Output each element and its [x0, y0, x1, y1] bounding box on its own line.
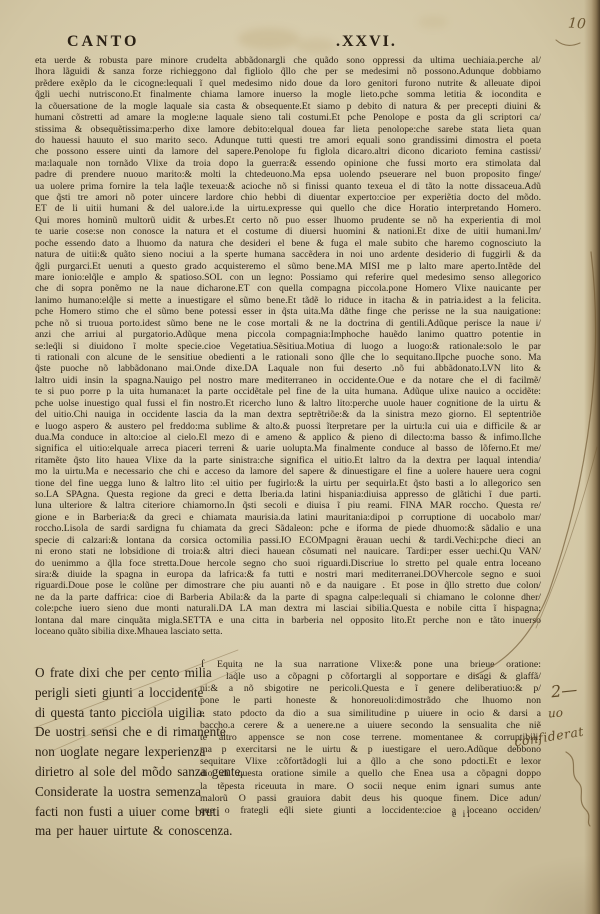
text-line: ritamẽte q̃sto lito hauea Vlixe da la pa… [35, 455, 541, 466]
text-line: sequitare Vlixe :cõfortãdogli lui a q̃ll… [200, 756, 541, 768]
text-line: Considerate la uostra semenza [35, 782, 210, 802]
text-line: malorũ O passi grauiora dabit deus his q… [200, 793, 541, 805]
text-line: ni:& a nõ sbigotire ne pericoli.Questa e… [200, 683, 541, 695]
text-line: ma p exercitarsi ne le uirtu & p iuestig… [200, 744, 541, 756]
running-header-number: .XXVI. [336, 33, 397, 51]
page-edge-shadow [584, 0, 600, 914]
text-line: la cõuersatione de la mogle laquale sia … [35, 101, 541, 112]
text-line: do uenimmo a q̃lla foce stretta.Doue her… [35, 558, 541, 569]
text-line: dirietro al sole del mõdo sanza gente. [35, 762, 210, 782]
text-line: laltro uidi insin la spagna.Nauigo pel n… [35, 375, 541, 386]
text-line: eta uerde & robusta pare minore crudelta… [35, 55, 541, 66]
verse-column: O frate dixi che per cento miliaperigli … [35, 663, 210, 841]
text-line: del uitio.Chi nauiga in occidente lascia… [35, 409, 541, 420]
text-line: mare ionio:elq̃le e amplo & spatioso.SOL… [35, 272, 541, 283]
text-line: que o frategli eq̃li siete giunti a locc… [200, 805, 541, 817]
text-line: lhora lãguidi & sanza forze richieggono … [35, 66, 541, 77]
text-line: e stato pdocto da dio a sua similitudine… [200, 708, 541, 720]
text-line: que q̃sti tre amori nõ poter uincere lar… [35, 192, 541, 203]
text-line: q̃ste puoche nõ labbãdonano mai.Onde dix… [35, 363, 541, 374]
text-line: la tẽpesta riceuuta in mare. O socii neq… [200, 781, 541, 793]
text-line: ET de li uitii humani & del ualore.i.de … [35, 203, 541, 214]
text-line: cole:pche iuero sieno due monti naturali… [35, 603, 541, 614]
text-line: ua uolere prima fornire la tela laq̃le t… [35, 181, 541, 192]
text-line: humani cõstretti ad amare la mogle:ne la… [35, 112, 541, 123]
text-line: Qui mores hominũ multorũ uidit & urbes.E… [35, 215, 541, 226]
text-line: perigli sieti giunti a loccidente [35, 683, 210, 703]
text-line: mo la uirtu.Ma e necessario che chi e ac… [35, 466, 541, 477]
text-line: pche Homero stimo che el sũmo bene potes… [35, 306, 541, 317]
text-line: pche nõ si truoua porto.idest sũmo bene … [35, 318, 541, 329]
text-line: ne da la parte daffrica: cioe di Barberi… [35, 592, 541, 603]
text-line: lontana dal mare cinquãta migla.SETTA e … [35, 615, 541, 626]
text-line: padre di prendere nuouo marito:& molti l… [35, 169, 541, 180]
text-line: q̃gli purgarci.Et uenuti a questo grado … [35, 261, 541, 272]
text-line: tione del fine uegga luno & laltro lito … [35, 478, 541, 489]
text-line: che di sopra ponẽmo ne la naue dicharone… [35, 283, 541, 294]
text-line: specie di calzari:& lontana da corsica o… [35, 535, 541, 546]
text-line: do hauessi hauuto el suo marito seco. Ad… [35, 135, 541, 146]
text-line: che possono essere uinti da lamore del s… [35, 146, 541, 157]
bottom-commentary-column: Equita ne la sua narratione Vlixe:& pone… [200, 659, 541, 817]
quire-signature: e ii [452, 810, 472, 820]
corner-shade [480, 854, 600, 914]
text-line: luna ulteriore & laltra citeriore chiamo… [35, 500, 541, 511]
ink-smudge [296, 38, 336, 54]
text-line: ma:laquale non tornãdo Vlixe da troia do… [35, 158, 541, 169]
folio-flourish-stroke [556, 40, 580, 45]
ink-smudge [418, 16, 448, 28]
text-line: natura de uitii:& quãto sieno nociui a l… [35, 249, 541, 260]
text-line: sira:& diuide la spagna in europa da laf… [35, 569, 541, 580]
text-line: te uarie cose:se non conosce la natura e… [35, 226, 541, 237]
text-line: ma per hauer uirtute & conoscenza. [35, 821, 210, 841]
ink-smudge [238, 28, 300, 50]
text-line: pone le parti honeste & honoreuoli:dimos… [200, 695, 541, 707]
text-line: gione e in Barberia:& da greci e chiamat… [35, 512, 541, 523]
text-line: loceano quãto sibilia dixe.Mhauea lascia… [35, 626, 541, 637]
text-line: e luogo aspero & austero pel freddo:ma s… [35, 421, 541, 432]
text-line: ni erono stati ne lobsidione di troia:& … [35, 546, 541, 557]
text-line: Equita ne la sua narratione Vlixe:& pone… [200, 659, 541, 671]
text-line: di questa tanto picciola uigilia. [35, 703, 210, 723]
text-line: roccho.Lisola de sardi sardigna fu chiam… [35, 523, 541, 534]
text-line: anzi che arriui al purgatorio.Adũque men… [35, 329, 541, 340]
text-line: significa el uitio:elquale arreca piacer… [35, 443, 541, 454]
text-line: poche essendo dato a lhuomo da natura ch… [35, 238, 541, 249]
text-line: te altro appensce se non cose terrene. m… [200, 732, 541, 744]
book-page: CANTO .XXVI. 10 eta uerde & robusta pare… [0, 0, 600, 914]
text-line: prẽdere exẽplo da le cicogne:lequali ĩ q… [35, 78, 541, 89]
folio-number-handwritten: 10 [568, 15, 587, 32]
running-header-canto: CANTO [67, 33, 140, 51]
text-line: lanimo humano:elq̃le si mette a inuestig… [35, 295, 541, 306]
text-line: so.LA SPAgna. Questa regione da greci e … [35, 489, 541, 500]
text-line: dio di questa oratione simile a quello c… [200, 768, 541, 780]
text-line: riguardi.Doue pose le colũne per dimostr… [35, 580, 541, 591]
text-line: laq̃le uso a cõpagni p cõfortargli al so… [200, 671, 541, 683]
text-line: ti rationali con alcune de le sensitiue … [35, 352, 541, 363]
marginalia-note: 2— [550, 680, 578, 702]
text-line: baccho.a cerere & a uenere.ne a uiuere s… [200, 720, 541, 732]
text-line: non uoglate negare lexperienza [35, 742, 210, 762]
text-line: q̃gli uechi nutriscono.Et finalmente chi… [35, 89, 541, 100]
text-line: dua.Ma conduce in alto:cioe al cielo.El … [35, 432, 541, 443]
marginalia-note: uo [548, 705, 564, 720]
text-line: O frate dixi che per cento milia [35, 663, 210, 683]
text-line: stissima & obsequẽtissima:perho dixe lam… [35, 124, 541, 135]
text-line: te si puo porre p la uita humana:et la p… [35, 386, 541, 397]
text-line: De uostri sensi che e di rimanente [35, 722, 210, 742]
text-line: se:leq̃li si diuidono ĩ molte specie.cio… [35, 341, 541, 352]
text-line: pche uolse inuestigo qual fussi el fin n… [35, 398, 541, 409]
main-commentary-block: eta uerde & robusta pare minore crudelta… [35, 55, 541, 638]
text-line: facti non fusti a uiuer come bruti [35, 802, 210, 822]
